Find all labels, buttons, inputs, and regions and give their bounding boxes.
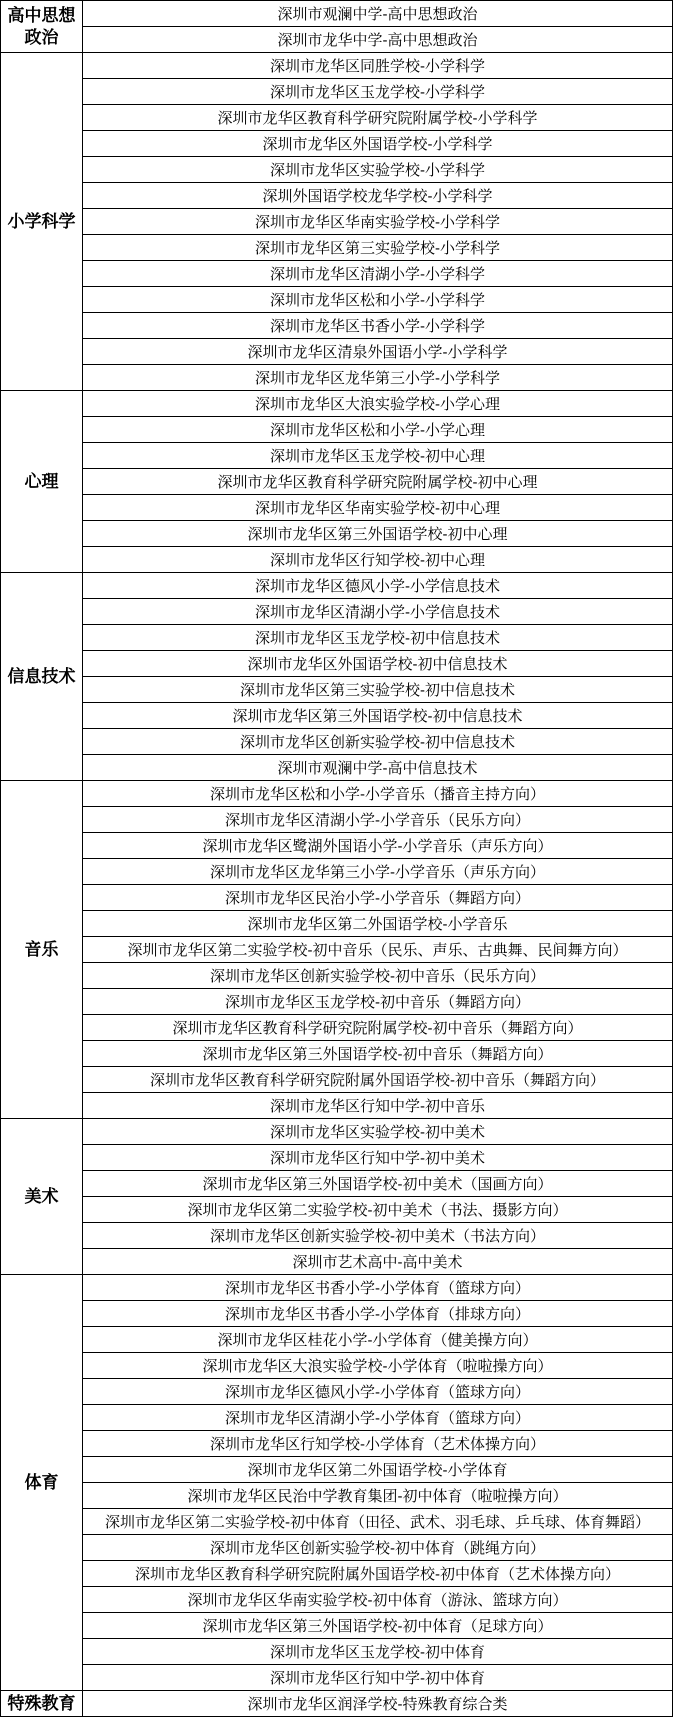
- table-row: 深圳市龙华区教育科学研究院附属学校-初中音乐（舞蹈方向）: [1, 1015, 673, 1041]
- category-cell: 高中思想政治: [1, 1, 83, 53]
- table-row: 高中思想政治深圳市观澜中学-高中思想政治: [1, 1, 673, 27]
- table-row: 深圳市龙华区创新实验学校-初中美术（书法方向）: [1, 1223, 673, 1249]
- table-row: 深圳市龙华区玉龙学校-小学科学: [1, 79, 673, 105]
- table-row: 深圳市龙华区第三外国语学校-初中心理: [1, 521, 673, 547]
- category-cell: 信息技术: [1, 573, 83, 781]
- school-entry-cell: 深圳市龙华区书香小学-小学体育（排球方向）: [83, 1301, 673, 1327]
- table-row: 深圳市龙华区第三实验学校-小学科学: [1, 235, 673, 261]
- table-row: 深圳市龙华区教育科学研究院附属外国语学校-初中体育（艺术体操方向）: [1, 1561, 673, 1587]
- table-row: 深圳市龙华区第三外国语学校-初中美术（国画方向）: [1, 1171, 673, 1197]
- table-row: 深圳市龙华区大浪实验学校-小学体育（啦啦操方向）: [1, 1353, 673, 1379]
- school-entry-cell: 深圳市龙华区民治中学教育集团-初中体育（啦啦操方向）: [83, 1483, 673, 1509]
- school-entry-cell: 深圳市观澜中学-高中信息技术: [83, 755, 673, 781]
- school-entry-cell: 深圳市龙华区创新实验学校-初中美术（书法方向）: [83, 1223, 673, 1249]
- school-entry-cell: 深圳市龙华区第二实验学校-初中体育（田径、武术、羽毛球、乒乓球、体育舞蹈）: [83, 1509, 673, 1535]
- table-row: 深圳市龙华区民治中学教育集团-初中体育（啦啦操方向）: [1, 1483, 673, 1509]
- school-entry-cell: 深圳市龙华区教育科学研究院附属学校-小学科学: [83, 105, 673, 131]
- school-entry-cell: 深圳市龙华区创新实验学校-初中信息技术: [83, 729, 673, 755]
- table-row: 深圳市龙华区实验学校-小学科学: [1, 157, 673, 183]
- school-entry-cell: 深圳市龙华区松和小学-小学科学: [83, 287, 673, 313]
- school-entry-cell: 深圳市龙华区书香小学-小学科学: [83, 313, 673, 339]
- school-entry-cell: 深圳市龙华区书香小学-小学体育（篮球方向）: [83, 1275, 673, 1301]
- category-cell: 美术: [1, 1119, 83, 1275]
- table-row: 深圳市龙华区创新实验学校-初中音乐（民乐方向）: [1, 963, 673, 989]
- school-entry-cell: 深圳市龙华区创新实验学校-初中体育（跳绳方向）: [83, 1535, 673, 1561]
- school-entry-cell: 深圳市龙华区清泉外国语小学-小学科学: [83, 339, 673, 365]
- table-row: 深圳市龙华区玉龙学校-初中心理: [1, 443, 673, 469]
- school-entry-cell: 深圳市龙华区清湖小学-小学音乐（民乐方向）: [83, 807, 673, 833]
- table-row: 美术深圳市龙华区实验学校-初中美术: [1, 1119, 673, 1145]
- table-row: 深圳市龙华区创新实验学校-初中体育（跳绳方向）: [1, 1535, 673, 1561]
- school-entry-cell: 深圳市龙华区第三实验学校-小学科学: [83, 235, 673, 261]
- school-entry-cell: 深圳市龙华区第二外国语学校-小学体育: [83, 1457, 673, 1483]
- table-row: 深圳市龙华区第三外国语学校-初中信息技术: [1, 703, 673, 729]
- school-entry-cell: 深圳市龙华区清湖小学-小学科学: [83, 261, 673, 287]
- qualification-table-page: 高中思想政治深圳市观澜中学-高中思想政治深圳市龙华中学-高中思想政治小学科学深圳…: [0, 0, 673, 1717]
- table-row: 深圳市龙华区松和小学-小学心理: [1, 417, 673, 443]
- table-row: 音乐深圳市龙华区松和小学-小学音乐（播音主持方向）: [1, 781, 673, 807]
- table-row: 深圳市龙华区行知中学-初中体育: [1, 1665, 673, 1691]
- school-entry-cell: 深圳市龙华区鹭湖外国语小学-小学音乐（声乐方向）: [83, 833, 673, 859]
- school-entry-cell: 深圳市龙华区行知中学-初中音乐: [83, 1093, 673, 1119]
- table-row: 深圳市龙华区清湖小学-小学科学: [1, 261, 673, 287]
- table-row: 深圳市龙华区教育科学研究院附属外国语学校-初中音乐（舞蹈方向）: [1, 1067, 673, 1093]
- school-entry-cell: 深圳市龙华区第三外国语学校-初中信息技术: [83, 703, 673, 729]
- table-row: 体育深圳市龙华区书香小学-小学体育（篮球方向）: [1, 1275, 673, 1301]
- school-entry-cell: 深圳市龙华区玉龙学校-初中心理: [83, 443, 673, 469]
- school-entry-cell: 深圳市龙华区第三实验学校-初中信息技术: [83, 677, 673, 703]
- category-cell: 音乐: [1, 781, 83, 1119]
- school-entry-cell: 深圳市龙华区实验学校-初中美术: [83, 1119, 673, 1145]
- school-subject-table-body: 高中思想政治深圳市观澜中学-高中思想政治深圳市龙华中学-高中思想政治小学科学深圳…: [1, 1, 673, 1717]
- school-entry-cell: 深圳市龙华区松和小学-小学心理: [83, 417, 673, 443]
- table-row: 深圳市龙华区玉龙学校-初中音乐（舞蹈方向）: [1, 989, 673, 1015]
- school-entry-cell: 深圳市龙华区德风小学-小学信息技术: [83, 573, 673, 599]
- school-entry-cell: 深圳市龙华中学-高中思想政治: [83, 27, 673, 53]
- table-row: 深圳市龙华区鹭湖外国语小学-小学音乐（声乐方向）: [1, 833, 673, 859]
- table-row: 深圳市龙华区清泉外国语小学-小学科学: [1, 339, 673, 365]
- table-row: 深圳市龙华区清湖小学-小学体育（篮球方向）: [1, 1405, 673, 1431]
- school-entry-cell: 深圳外国语学校龙华学校-小学科学: [83, 183, 673, 209]
- table-row: 深圳市龙华区创新实验学校-初中信息技术: [1, 729, 673, 755]
- table-row: 深圳市龙华区龙华第三小学-小学音乐（声乐方向）: [1, 859, 673, 885]
- school-entry-cell: 深圳市龙华区华南实验学校-初中体育（游泳、篮球方向）: [83, 1587, 673, 1613]
- table-row: 深圳市龙华区教育科学研究院附属学校-小学科学: [1, 105, 673, 131]
- table-row: 深圳市龙华区德风小学-小学体育（篮球方向）: [1, 1379, 673, 1405]
- table-row: 深圳市龙华区行知中学-初中音乐: [1, 1093, 673, 1119]
- table-row: 深圳市龙华区外国语学校-初中信息技术: [1, 651, 673, 677]
- school-entry-cell: 深圳市龙华区桂花小学-小学体育（健美操方向）: [83, 1327, 673, 1353]
- table-row: 深圳市龙华区华南实验学校-小学科学: [1, 209, 673, 235]
- table-row: 深圳市艺术高中-高中美术: [1, 1249, 673, 1275]
- school-entry-cell: 深圳市龙华区龙华第三小学-小学音乐（声乐方向）: [83, 859, 673, 885]
- table-row: 深圳市观澜中学-高中信息技术: [1, 755, 673, 781]
- school-entry-cell: 深圳市龙华区润泽学校-特殊教育综合类: [83, 1691, 673, 1717]
- school-entry-cell: 深圳市龙华区行知学校-初中心理: [83, 547, 673, 573]
- school-entry-cell: 深圳市龙华区外国语学校-小学科学: [83, 131, 673, 157]
- table-row: 深圳市龙华区书香小学-小学体育（排球方向）: [1, 1301, 673, 1327]
- school-entry-cell: 深圳市龙华区教育科学研究院附属外国语学校-初中音乐（舞蹈方向）: [83, 1067, 673, 1093]
- school-entry-cell: 深圳市龙华区第二外国语学校-小学音乐: [83, 911, 673, 937]
- school-entry-cell: 深圳市龙华区创新实验学校-初中音乐（民乐方向）: [83, 963, 673, 989]
- table-row: 深圳市龙华区第三实验学校-初中信息技术: [1, 677, 673, 703]
- table-row: 深圳市龙华区第三外国语学校-初中体育（足球方向）: [1, 1613, 673, 1639]
- school-entry-cell: 深圳市龙华区清湖小学-小学体育（篮球方向）: [83, 1405, 673, 1431]
- school-entry-cell: 深圳市龙华区教育科学研究院附属外国语学校-初中体育（艺术体操方向）: [83, 1561, 673, 1587]
- table-row: 深圳市龙华中学-高中思想政治: [1, 27, 673, 53]
- school-entry-cell: 深圳市龙华区大浪实验学校-小学体育（啦啦操方向）: [83, 1353, 673, 1379]
- school-entry-cell: 深圳市龙华区玉龙学校-初中音乐（舞蹈方向）: [83, 989, 673, 1015]
- school-entry-cell: 深圳市龙华区玉龙学校-小学科学: [83, 79, 673, 105]
- school-entry-cell: 深圳市龙华区民治小学-小学音乐（舞蹈方向）: [83, 885, 673, 911]
- category-cell: 特殊教育: [1, 1691, 83, 1717]
- category-cell: 体育: [1, 1275, 83, 1691]
- school-entry-cell: 深圳市龙华区第二实验学校-初中音乐（民乐、声乐、古典舞、民间舞方向）: [83, 937, 673, 963]
- table-row: 深圳外国语学校龙华学校-小学科学: [1, 183, 673, 209]
- table-row: 深圳市龙华区第二外国语学校-小学体育: [1, 1457, 673, 1483]
- school-entry-cell: 深圳市艺术高中-高中美术: [83, 1249, 673, 1275]
- school-entry-cell: 深圳市龙华区行知学校-小学体育（艺术体操方向）: [83, 1431, 673, 1457]
- school-entry-cell: 深圳市龙华区玉龙学校-初中信息技术: [83, 625, 673, 651]
- school-entry-cell: 深圳市龙华区松和小学-小学音乐（播音主持方向）: [83, 781, 673, 807]
- school-entry-cell: 深圳市龙华区第三外国语学校-初中心理: [83, 521, 673, 547]
- school-entry-cell: 深圳市龙华区玉龙学校-初中体育: [83, 1639, 673, 1665]
- table-row: 深圳市龙华区第二实验学校-初中音乐（民乐、声乐、古典舞、民间舞方向）: [1, 937, 673, 963]
- school-entry-cell: 深圳市龙华区华南实验学校-初中心理: [83, 495, 673, 521]
- school-entry-cell: 深圳市龙华区第三外国语学校-初中美术（国画方向）: [83, 1171, 673, 1197]
- school-entry-cell: 深圳市龙华区同胜学校-小学科学: [83, 53, 673, 79]
- table-row: 深圳市龙华区民治小学-小学音乐（舞蹈方向）: [1, 885, 673, 911]
- table-row: 特殊教育深圳市龙华区润泽学校-特殊教育综合类: [1, 1691, 673, 1717]
- school-entry-cell: 深圳市龙华区行知中学-初中体育: [83, 1665, 673, 1691]
- table-row: 深圳市龙华区玉龙学校-初中信息技术: [1, 625, 673, 651]
- school-subject-table: 高中思想政治深圳市观澜中学-高中思想政治深圳市龙华中学-高中思想政治小学科学深圳…: [0, 0, 673, 1717]
- table-row: 深圳市龙华区华南实验学校-初中体育（游泳、篮球方向）: [1, 1587, 673, 1613]
- table-row: 深圳市龙华区教育科学研究院附属学校-初中心理: [1, 469, 673, 495]
- school-entry-cell: 深圳市龙华区实验学校-小学科学: [83, 157, 673, 183]
- table-row: 深圳市龙华区龙华第三小学-小学科学: [1, 365, 673, 391]
- school-entry-cell: 深圳市龙华区教育科学研究院附属学校-初中心理: [83, 469, 673, 495]
- table-row: 信息技术深圳市龙华区德风小学-小学信息技术: [1, 573, 673, 599]
- table-row: 深圳市龙华区第三外国语学校-初中音乐（舞蹈方向）: [1, 1041, 673, 1067]
- table-row: 深圳市龙华区外国语学校-小学科学: [1, 131, 673, 157]
- school-entry-cell: 深圳市龙华区教育科学研究院附属学校-初中音乐（舞蹈方向）: [83, 1015, 673, 1041]
- table-row: 深圳市龙华区清湖小学-小学音乐（民乐方向）: [1, 807, 673, 833]
- school-entry-cell: 深圳市龙华区大浪实验学校-小学心理: [83, 391, 673, 417]
- school-entry-cell: 深圳市龙华区华南实验学校-小学科学: [83, 209, 673, 235]
- table-row: 深圳市龙华区清湖小学-小学信息技术: [1, 599, 673, 625]
- table-row: 深圳市龙华区第二实验学校-初中体育（田径、武术、羽毛球、乒乓球、体育舞蹈）: [1, 1509, 673, 1535]
- school-entry-cell: 深圳市龙华区第二实验学校-初中美术（书法、摄影方向）: [83, 1197, 673, 1223]
- school-entry-cell: 深圳市龙华区第三外国语学校-初中体育（足球方向）: [83, 1613, 673, 1639]
- table-row: 深圳市龙华区第二实验学校-初中美术（书法、摄影方向）: [1, 1197, 673, 1223]
- category-cell: 小学科学: [1, 53, 83, 391]
- school-entry-cell: 深圳市龙华区行知中学-初中美术: [83, 1145, 673, 1171]
- school-entry-cell: 深圳市龙华区龙华第三小学-小学科学: [83, 365, 673, 391]
- table-row: 深圳市龙华区桂花小学-小学体育（健美操方向）: [1, 1327, 673, 1353]
- school-entry-cell: 深圳市龙华区第三外国语学校-初中音乐（舞蹈方向）: [83, 1041, 673, 1067]
- school-entry-cell: 深圳市观澜中学-高中思想政治: [83, 1, 673, 27]
- table-row: 深圳市龙华区行知学校-小学体育（艺术体操方向）: [1, 1431, 673, 1457]
- table-row: 深圳市龙华区松和小学-小学科学: [1, 287, 673, 313]
- table-row: 深圳市龙华区华南实验学校-初中心理: [1, 495, 673, 521]
- table-row: 深圳市龙华区行知学校-初中心理: [1, 547, 673, 573]
- table-row: 深圳市龙华区行知中学-初中美术: [1, 1145, 673, 1171]
- school-entry-cell: 深圳市龙华区德风小学-小学体育（篮球方向）: [83, 1379, 673, 1405]
- table-row: 深圳市龙华区书香小学-小学科学: [1, 313, 673, 339]
- table-row: 心理深圳市龙华区大浪实验学校-小学心理: [1, 391, 673, 417]
- category-cell: 心理: [1, 391, 83, 573]
- school-entry-cell: 深圳市龙华区清湖小学-小学信息技术: [83, 599, 673, 625]
- table-row: 深圳市龙华区第二外国语学校-小学音乐: [1, 911, 673, 937]
- school-entry-cell: 深圳市龙华区外国语学校-初中信息技术: [83, 651, 673, 677]
- table-row: 小学科学深圳市龙华区同胜学校-小学科学: [1, 53, 673, 79]
- table-row: 深圳市龙华区玉龙学校-初中体育: [1, 1639, 673, 1665]
